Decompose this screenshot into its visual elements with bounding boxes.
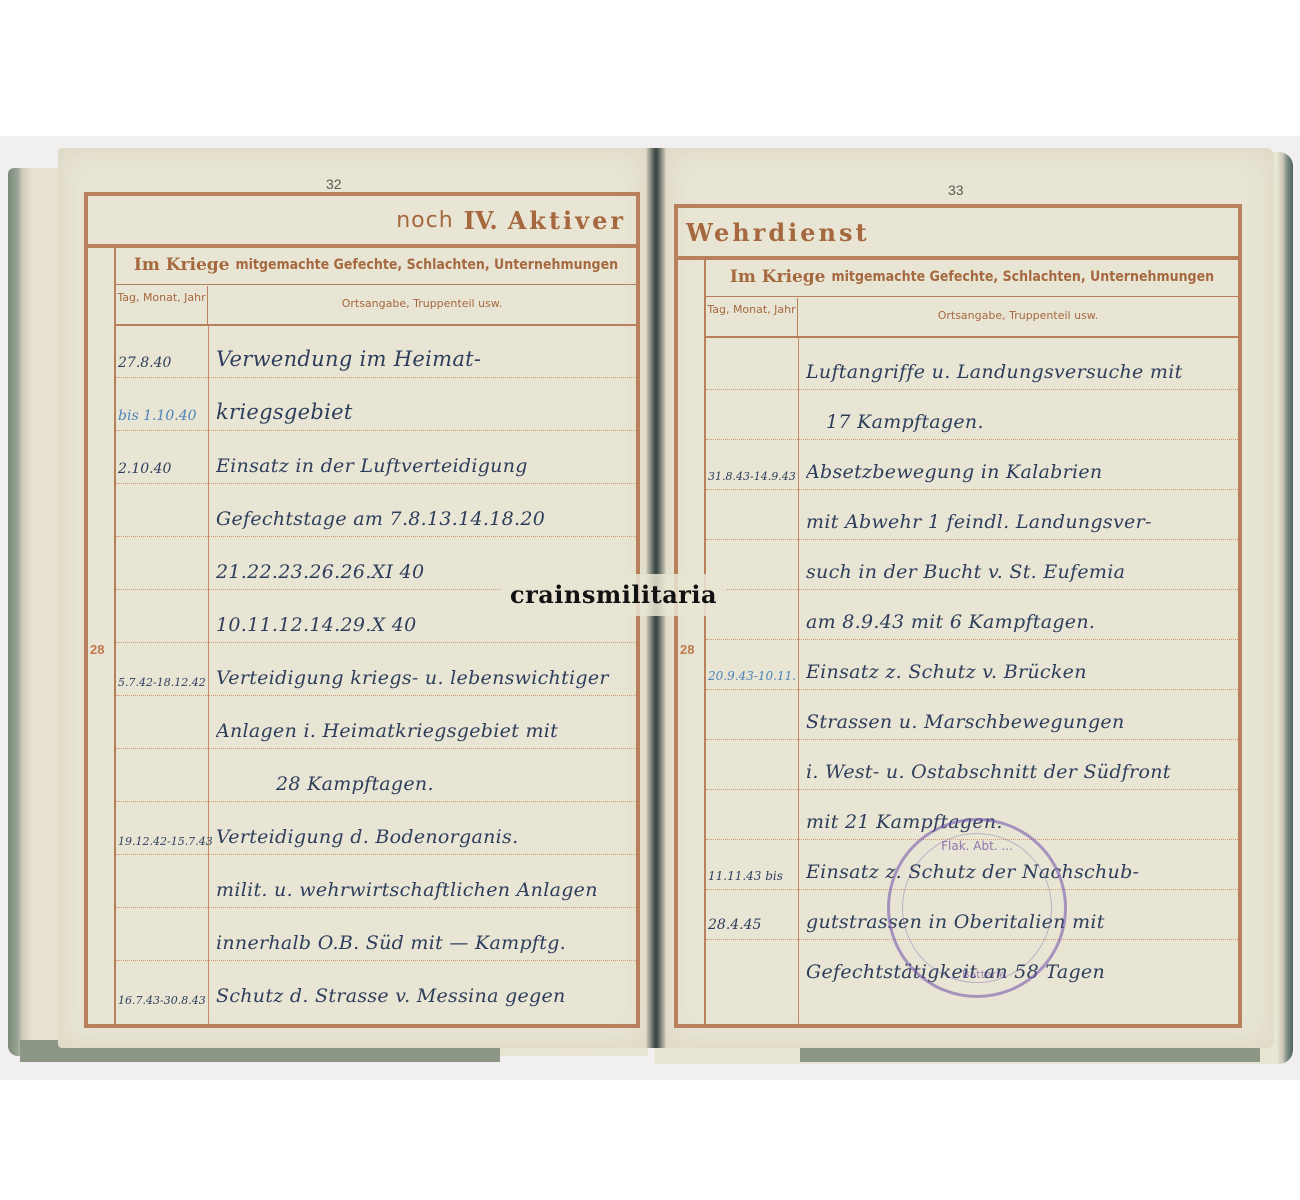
unit-stamp: Flak. Abt. ... ... Batterie: [887, 818, 1067, 998]
table-row: 16.7.43-30.8.43Schutz d. Strasse v. Mess…: [116, 962, 636, 1013]
column-header-date: Tag, Monat, Jahr: [706, 298, 798, 336]
column-header-place: Ortsangabe, Truppenteil usw.: [208, 286, 636, 324]
table-row: 28 Kampftagen.: [116, 750, 636, 802]
table-row: 2.10.40Einsatz in der Luftverteidigung: [116, 432, 636, 484]
margin-column: [678, 256, 706, 1024]
column-header-place: Ortsangabe, Truppenteil usw.: [798, 298, 1238, 336]
margin-number: 28: [90, 642, 104, 657]
table-row: such in der Bucht v. St. Eufemia: [706, 538, 1238, 590]
title-word: Aktiver: [508, 206, 626, 235]
table-row: 31.8.43-14.9.43Absetzbewegung in Kalabri…: [706, 438, 1238, 490]
margin-number: 28: [680, 642, 694, 657]
page-number: 32: [326, 176, 342, 192]
section-heading-rest: mitgemachte Gefechte, Schlachten, Untern…: [831, 269, 1214, 285]
table-row: am 8.9.43 mit 6 Kampftagen.: [706, 588, 1238, 640]
section-heading: Im Kriege mitgemachte Gefechte, Schlacht…: [116, 246, 636, 285]
table-row: Gefechtstage am 7.8.13.14.18.20: [116, 485, 636, 537]
stamp-top-text: Flak. Abt. ...: [890, 839, 1064, 853]
column-header-date: Tag, Monat, Jahr: [116, 286, 208, 324]
table-row: innerhalb O.B. Süd mit — Kampftg.: [116, 909, 636, 961]
section-heading-bold: Im Kriege: [134, 255, 230, 275]
entries-table: 27.8.40Verwendung im Heimat- bis 1.10.40…: [116, 326, 636, 1024]
column-headers: Tag, Monat, Jahr Ortsangabe, Truppenteil…: [116, 286, 636, 326]
page-title: noch IV. Aktiver: [88, 196, 636, 248]
page-title: Wehrdienst: [678, 208, 1238, 260]
table-row: mit Abwehr 1 feindl. Landungsver-: [706, 488, 1238, 540]
title-word: Wehrdienst: [686, 218, 870, 247]
table-row: Anlagen i. Heimatkriegsgebiet mit: [116, 697, 636, 749]
watermark: crainsmilitaria: [500, 574, 727, 616]
title-roman-numeral: IV.: [464, 206, 498, 235]
table-row: i. West- u. Ostabschnitt der Südfront: [706, 738, 1238, 790]
title-noch: noch: [396, 208, 453, 233]
page-number: 33: [948, 182, 964, 198]
section-heading-rest: mitgemachte Gefechte, Schlachten, Untern…: [235, 257, 618, 273]
table-row: 17 Kampftagen.: [706, 388, 1238, 440]
section-heading-bold: Im Kriege: [730, 267, 826, 287]
margin-column: [88, 244, 116, 1024]
table-row: 19.12.42-15.7.43Verteidigung d. Bodenorg…: [116, 803, 636, 855]
table-row: milit. u. wehrwirtschaftlichen Anlagen: [116, 856, 636, 908]
cover-edge-bottom-right: [800, 1046, 1260, 1062]
table-row: 5.7.42-18.12.42Verteidigung kriegs- u. l…: [116, 644, 636, 696]
table-row: 20.9.43-10.11.Einsatz z. Schutz v. Brück…: [706, 638, 1238, 690]
table-row: Luftangriffe u. Landungsversuche mit: [706, 338, 1238, 390]
stamp-inner-ring: [902, 833, 1052, 983]
table-row: bis 1.10.40kriegsgebiet: [116, 379, 636, 431]
table-row: Strassen u. Marschbewegungen: [706, 688, 1238, 740]
column-headers: Tag, Monat, Jahr Ortsangabe, Truppenteil…: [706, 298, 1238, 338]
table-row: 27.8.40Verwendung im Heimat-: [116, 326, 636, 378]
stamp-bottom-text: ... Batterie: [890, 968, 1064, 981]
section-heading: Im Kriege mitgemachte Gefechte, Schlacht…: [706, 258, 1238, 297]
